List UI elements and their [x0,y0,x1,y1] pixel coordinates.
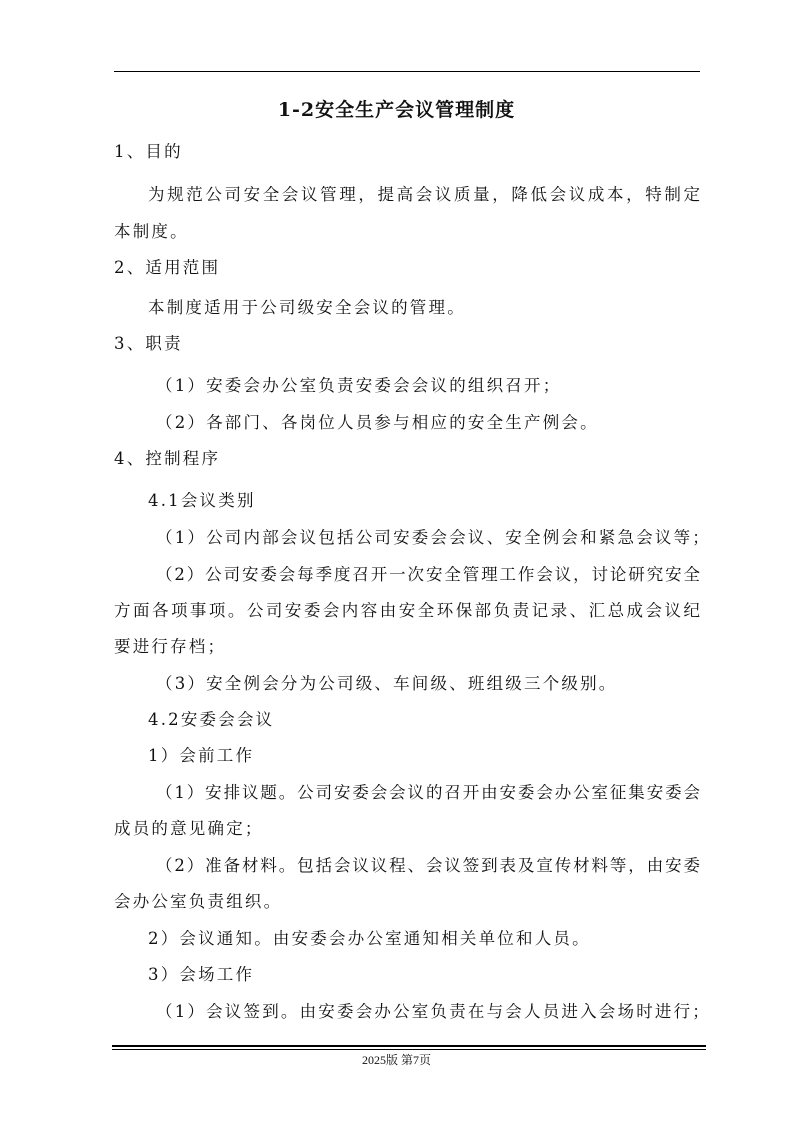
venue-item-1: （1）会议签到。由安委会办公室负责在与会人员进入会场时进行； [156,998,711,1022]
meeting-type-item-2-line-1: （2）公司安委会每季度召开一次安全管理工作会议，讨论研究安全 [156,561,700,585]
pre-meeting-item-1-line-1: （1）安排议题。公司安委会会议的召开由安委会办公室征集安委会 [156,779,700,803]
responsibility-item-1: （1）安委会办公室负责安委会会议的组织召开； [156,372,561,396]
meeting-type-item-1: （1）公司内部会议包括公司安委会会议、安全例会和紧急会议等； [156,524,711,548]
purpose-paragraph-line-1: 为规范公司安全会议管理，提高会议质量，降低会议成本，特制定 [148,181,700,205]
pre-meeting-heading: 1）会前工作 [148,742,254,766]
meeting-type-item-2-line-3: 要进行存档； [114,633,226,657]
venue-work-heading: 3）会场工作 [148,961,254,985]
scope-paragraph: 本制度适用于公司级安全会议的管理。 [148,294,466,318]
document-title: 1-2安全生产会议管理制度 [0,95,793,122]
section-heading-scope: 2、适用范围 [114,254,220,278]
footer-rule-thick [112,1045,706,1047]
meeting-type-item-3: （3）安全例会分为公司级、车间级、班组级三个级别。 [156,670,618,694]
pre-meeting-item-2-line-2: 会办公室负责组织。 [114,888,282,912]
subsection-4-1-heading: 4.1会议类别 [148,487,256,511]
section-heading-responsibilities: 3、职责 [114,330,183,354]
pre-meeting-item-1-line-2: 成员的意见确定； [114,815,264,839]
subsection-4-2-heading: 4.2安委会会议 [148,706,274,730]
section-heading-purpose: 1、目的 [114,138,183,162]
section-heading-control-procedure: 4、控制程序 [114,445,220,469]
pre-meeting-item-2-line-1: （2）准备材料。包括会议议程、会议签到表及宣传材料等，由安委 [156,852,700,876]
footer-rule-thin [112,1049,706,1050]
purpose-paragraph-line-2: 本制度。 [114,218,189,242]
header-rule [114,71,700,72]
responsibility-item-2: （2）各部门、各岗位人员参与相应的安全生产例会。 [156,409,599,433]
page-footer: 2025版 第7页 [0,1051,793,1068]
meeting-type-item-2-line-2: 方面各项事项。公司安委会内容由安全环保部负责记录、汇总成会议纪 [114,597,700,621]
meeting-notice: 2）会议通知。由安委会办公室通知相关单位和人员。 [148,925,591,949]
